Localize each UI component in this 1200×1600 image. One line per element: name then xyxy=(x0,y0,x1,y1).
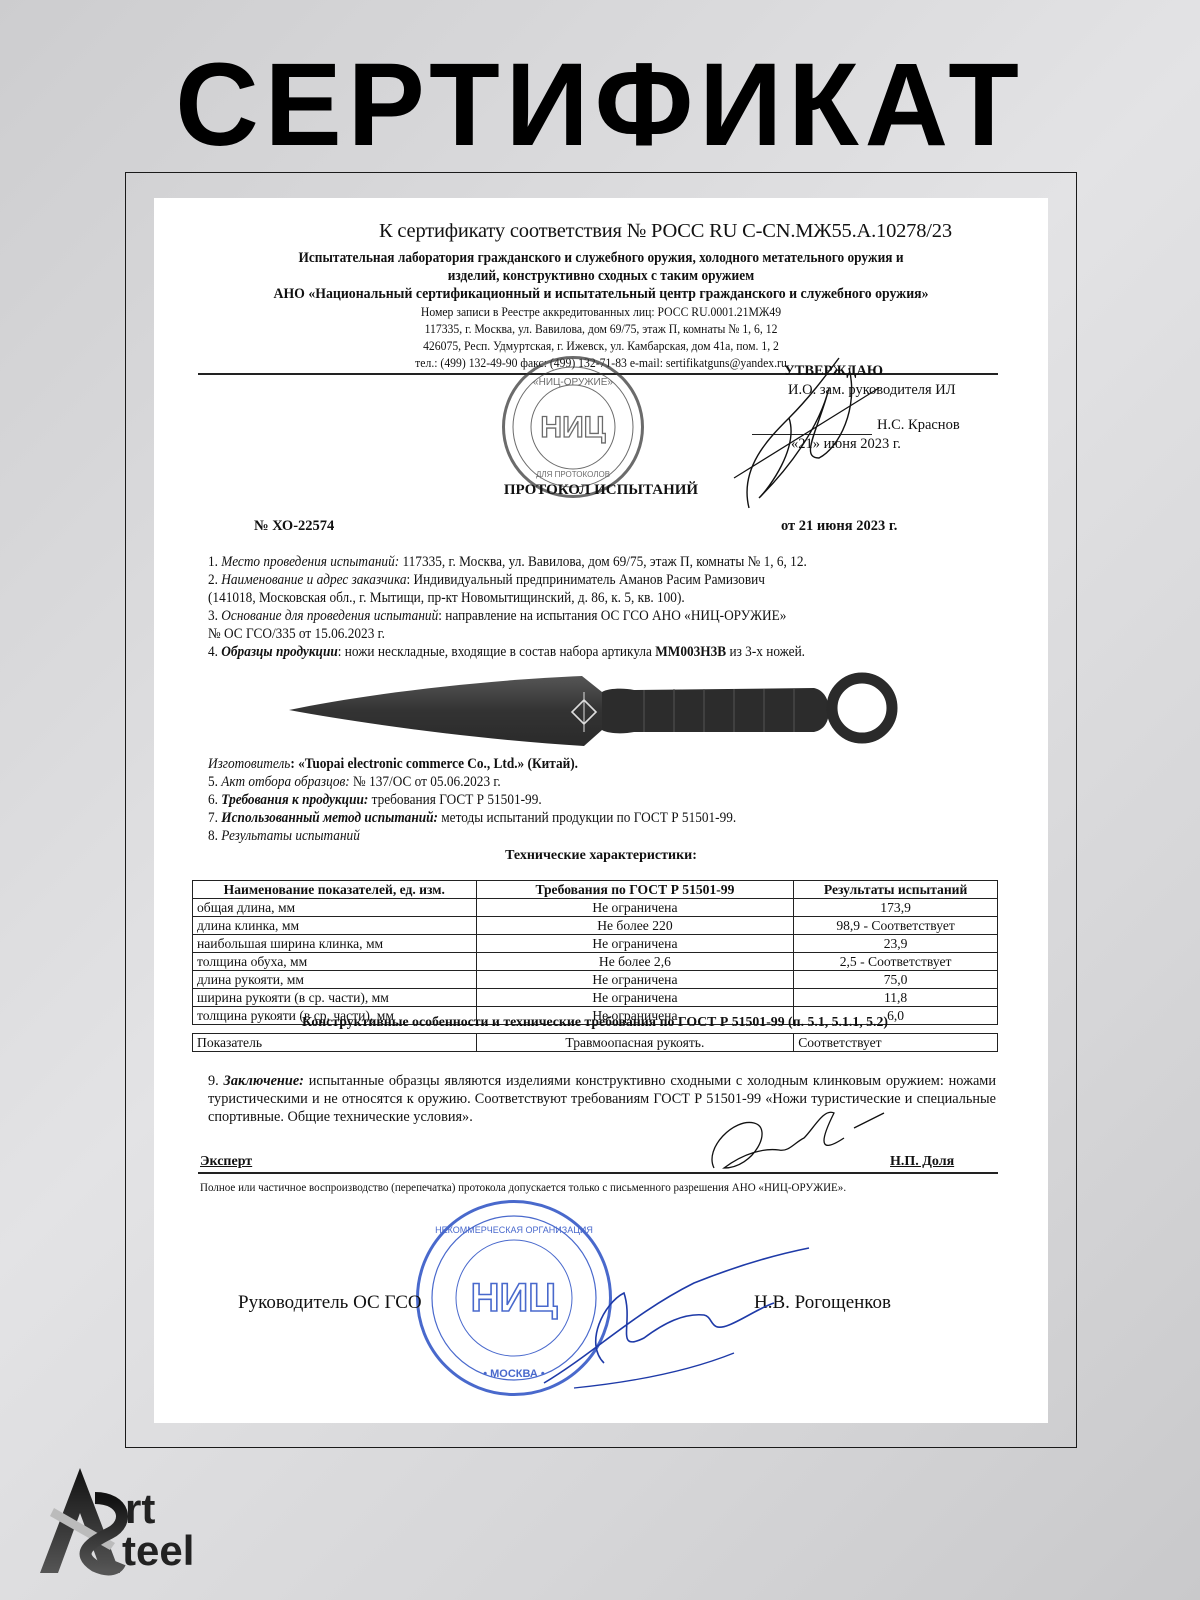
indicator-cell: общая длина, мм xyxy=(193,899,477,917)
certificate-document: К сертификату соответствия № РОСС RU C-C… xyxy=(154,198,1048,1423)
result-cell: 75,0 xyxy=(794,971,998,989)
protocol-date: от 21 июня 2023 г. xyxy=(781,518,897,535)
indicator-cell: длина рукояти, мм xyxy=(193,971,477,989)
header-requirements: Требования по ГОСТ Р 51501-99 xyxy=(476,881,794,899)
stamp-seal-icon: НИЦ «НИЦ-ОРУЖИЕ» ДЛЯ ПРОТОКОЛОВ xyxy=(505,359,641,495)
requirement-cell: Не ограничена xyxy=(476,899,794,917)
svg-text:НЕКОММЕРЧЕСКАЯ ОРГАНИЗАЦИЯ: НЕКОММЕРЧЕСКАЯ ОРГАНИЗАЦИЯ xyxy=(435,1225,593,1235)
requirement-cell: Не ограничена xyxy=(476,935,794,953)
header-results: Результаты испытаний xyxy=(794,881,998,899)
spec-table-title: Технические характеристики: xyxy=(154,848,1048,864)
requirement-cell: Не ограничена xyxy=(476,989,794,1007)
address-moscow: 117335, г. Москва, ул. Вавилова, дом 69/… xyxy=(199,321,1004,337)
logo-text-teel: teel xyxy=(122,1530,194,1572)
item-3-reference: № ОС ГСО/335 от 15.06.2023 г. xyxy=(208,626,385,643)
protocol-number: № ХО-22574 xyxy=(254,518,334,535)
head-signature xyxy=(514,1243,814,1393)
item-7: 7. Использованный метод испытаний: метод… xyxy=(208,810,736,827)
indicator-cell: ширина рукояти (в ср. части), мм xyxy=(193,989,477,1007)
requirement-cell: Не более 220 xyxy=(476,917,794,935)
expert-line xyxy=(198,1156,998,1174)
result-cell: 23,9 xyxy=(794,935,998,953)
table-row: Показатель Травмоопасная рукоять. Соотве… xyxy=(193,1034,998,1052)
protocol-title: ПРОТОКОЛ ИСПЫТАНИЙ xyxy=(154,482,1048,499)
result-cell: 173,9 xyxy=(794,899,998,917)
item-5: 5. Акт отбора образцов: № 137/ОС от 05.0… xyxy=(208,774,501,791)
result-cell: 98,9 - Соответствует xyxy=(794,917,998,935)
organization-name: АНО «Национальный сертификационный и исп… xyxy=(190,286,1012,303)
table-row: длина рукояти, ммНе ограничена75,0 xyxy=(193,971,998,989)
svg-text:«НИЦ-ОРУЖИЕ»: «НИЦ-ОРУЖИЕ» xyxy=(533,377,613,388)
indicator-cell: Показатель xyxy=(193,1034,477,1052)
artsteel-logo: rt teel xyxy=(40,1468,200,1588)
lab-name-line2: изделий, конструктивно сходных с таким о… xyxy=(190,268,1012,285)
item-8: 8. Результаты испытаний xyxy=(208,828,360,845)
item-4: 4. Образцы продукции: ножи нескладные, в… xyxy=(208,644,805,661)
header-indicator: Наименование показателей, ед. изм. xyxy=(193,881,477,899)
requirement-cell: Не ограничена xyxy=(476,971,794,989)
item-2: 2. Наименование и адрес заказчика: Индив… xyxy=(208,572,765,589)
expert-name: Н.П. Доля xyxy=(890,1154,954,1170)
constructive-table: Показатель Травмоопасная рукоять. Соотве… xyxy=(192,1033,998,1052)
reproduction-note: Полное или частичное воспроизводство (пе… xyxy=(200,1180,846,1195)
logo-text-rt: rt xyxy=(125,1488,155,1530)
approval-name: Н.С. Краснов xyxy=(877,417,960,434)
registry-number: Номер записи в Реестре аккредитованных л… xyxy=(199,304,1004,320)
manufacturer: Изготовитель: «Tuopai electronic commerc… xyxy=(208,756,578,773)
result-cell: Соответствует xyxy=(794,1034,998,1052)
requirement-cell: Травмоопасная рукоять. xyxy=(476,1034,794,1052)
indicator-cell: длина клинка, мм xyxy=(193,917,477,935)
table-row: толщина обуха, ммНе более 2,62,5 - Соотв… xyxy=(193,953,998,971)
item-2-address: (141018, Московская обл., г. Мытищи, пр-… xyxy=(208,590,685,607)
indicator-cell: наибольшая ширина клинка, мм xyxy=(193,935,477,953)
requirement-cell: Не более 2,6 xyxy=(476,953,794,971)
expert-label: Эксперт xyxy=(200,1154,252,1170)
result-cell: 11,8 xyxy=(794,989,998,1007)
stamp-black: НИЦ «НИЦ-ОРУЖИЕ» ДЛЯ ПРОТОКОЛОВ xyxy=(502,356,644,498)
lab-name-line1: Испытательная лаборатория гражданского и… xyxy=(190,250,1012,267)
spec-table: Наименование показателей, ед. изм. Требо… xyxy=(192,880,998,1025)
item-1: 1. Место проведения испытаний: 117335, г… xyxy=(208,554,807,571)
table-row: наибольшая ширина клинка, ммНе ограничен… xyxy=(193,935,998,953)
head-position: Руководитель ОС ГСО xyxy=(238,1292,422,1314)
spec-table-header: Наименование показателей, ед. изм. Требо… xyxy=(193,881,998,899)
table-row: ширина рукояти (в ср. части), ммНе огран… xyxy=(193,989,998,1007)
result-cell: 2,5 - Соответствует xyxy=(794,953,998,971)
indicator-cell: толщина обуха, мм xyxy=(193,953,477,971)
svg-text:ДЛЯ ПРОТОКОЛОВ: ДЛЯ ПРОТОКОЛОВ xyxy=(536,470,610,479)
table-row: длина клинка, ммНе более 22098,9 - Соотв… xyxy=(193,917,998,935)
table-row: общая длина, ммНе ограничена173,9 xyxy=(193,899,998,917)
item-3: 3. Основание для проведения испытаний: н… xyxy=(208,608,786,625)
banner-title: СЕРТИФИКАТ xyxy=(12,46,1188,164)
svg-text:НИЦ: НИЦ xyxy=(540,411,605,444)
constructive-title: Конструктивные особенности и технические… xyxy=(192,1014,998,1030)
item-6: 6. Требования к продукции: требования ГО… xyxy=(208,792,542,809)
knife-image xyxy=(284,664,924,754)
certificate-reference: К сертификату соответствия № РОСС RU C-C… xyxy=(379,220,952,243)
